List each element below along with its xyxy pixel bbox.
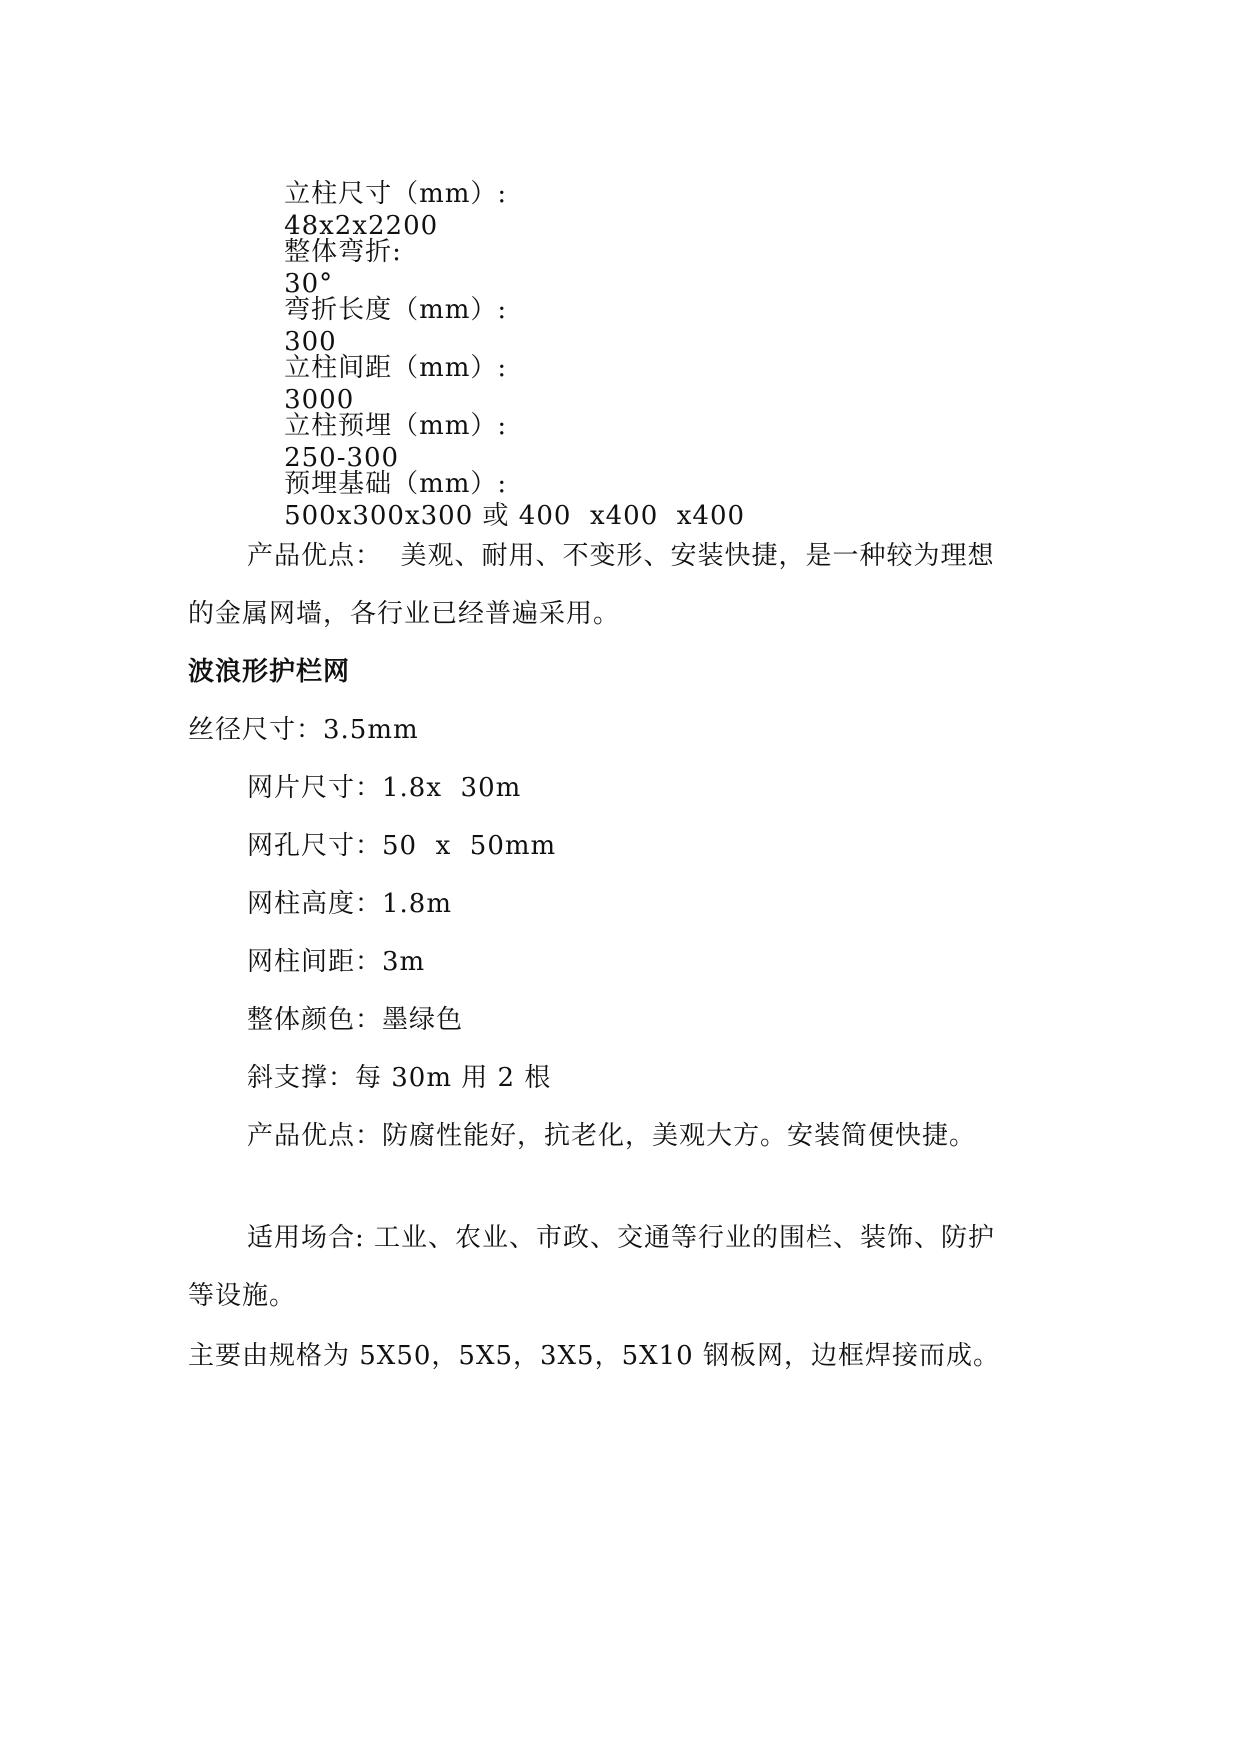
spec-post-spacing-wave: 网柱间距：3m: [247, 946, 425, 978]
applications-line1: 适用场合: 工业、农业、市政、交通等行业的围栏、装饰、防护: [247, 1222, 995, 1254]
spec-label: 预埋基础（mm）:: [284, 469, 507, 499]
spec-diagonal-brace: 斜支撑：每 30m 用 2 根: [247, 1062, 551, 1094]
advantages-paragraph-line2: 的金属网墙，各行业已经普遍采用。: [188, 598, 620, 630]
applications-line2: 等设施。: [188, 1280, 296, 1312]
advantages-paragraph-line1: 产品优点： 美观、耐用、不变形、安装快捷，是一种较为理想: [247, 540, 995, 572]
section-title: 波浪形护栏网: [188, 656, 350, 688]
spec-advantages-wave: 产品优点：防腐性能好，抗老化，美观大方。安装简便快捷。: [247, 1120, 976, 1152]
document-page: 立柱尺寸（mm）: 48x2x2200 整体弯折: 30° 弯折长度（mm）: …: [0, 0, 1241, 1754]
spec-panel-size: 网片尺寸：1.8x 30m: [247, 772, 521, 804]
spec-color: 整体颜色：墨绿色: [247, 1004, 463, 1036]
composition-line: 主要由规格为 5X50，5X5，3X5，5X10 钢板网，边框焊接而成。: [188, 1340, 1000, 1372]
spec-post-height: 网柱高度：1.8m: [247, 888, 452, 920]
spec-mesh-size: 网孔尺寸：50 x 50mm: [247, 830, 556, 862]
spec-value: 500x300x300 或 400 x400 x400: [284, 501, 745, 531]
wire-diameter: 丝径尺寸：3.5mm: [188, 714, 419, 746]
